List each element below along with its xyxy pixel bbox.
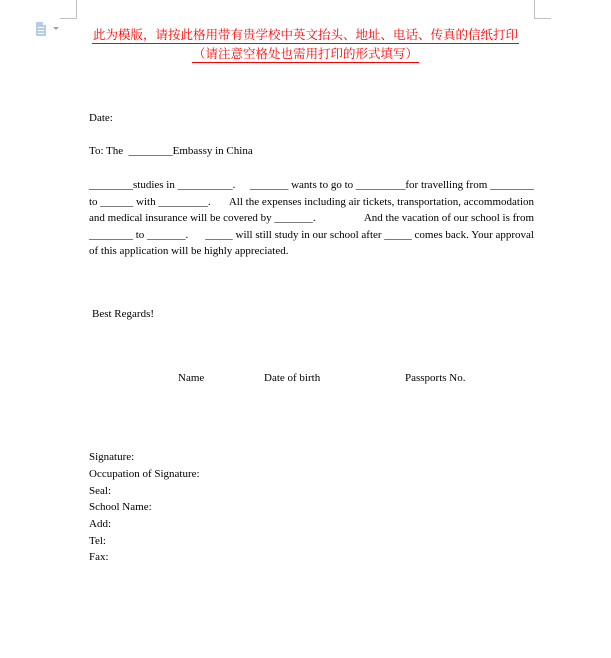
address-field: Add: — [89, 518, 111, 530]
page-margin-marker-top-left — [60, 0, 77, 19]
column-name: Name — [178, 372, 204, 384]
closing: Best Regards! — [92, 308, 154, 320]
body-line-1: ________studies in __________. _______ w… — [89, 177, 534, 194]
school-name-field: School Name: — [89, 501, 152, 513]
template-notice-line2: （请注意空格处也需用打印的形式填写） — [0, 44, 611, 62]
occupation-field: Occupation of Signature: — [89, 468, 200, 480]
date-label: Date: — [89, 112, 113, 124]
tel-field: Tel: — [89, 535, 106, 547]
letter-body: ________studies in __________. _______ w… — [89, 177, 534, 260]
recipient-line: To: The ________Embassy in China — [89, 145, 253, 157]
fax-field: Fax: — [89, 551, 109, 563]
template-notice-line1: 此为模版，请按此格用带有贵学校中英文抬头、地址、电话、传真的信纸打印 — [0, 25, 611, 43]
body-line-4: ________ to _______. _____ will still st… — [89, 227, 534, 244]
column-passport-no: Passports No. — [405, 372, 466, 384]
body-line-2: to ______ with _________. All the expens… — [89, 194, 534, 211]
column-date-of-birth: Date of birth — [264, 372, 320, 384]
body-line-3: and medical insurance will be covered by… — [89, 210, 534, 227]
page-margin-marker-top-right — [534, 0, 551, 19]
signature-field: Signature: — [89, 451, 134, 463]
seal-field: Seal: — [89, 485, 111, 497]
body-line-5: of this application will be highly appre… — [89, 243, 534, 260]
